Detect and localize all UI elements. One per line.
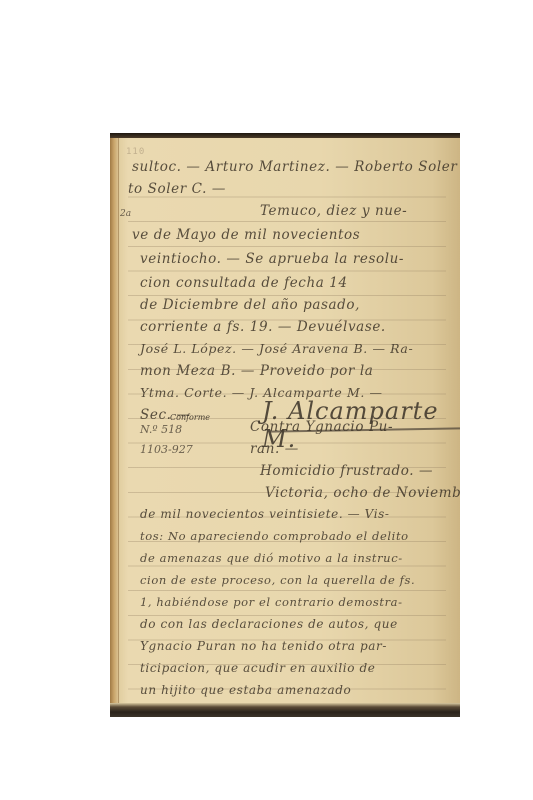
margin-label: 2a [120,209,131,219]
case-date: 1103-927 [140,443,193,456]
handwritten-line: tos: No apareciendo comprobado el delito [140,529,409,543]
handwritten-line: do con las declaraciones de autos, que [140,617,398,631]
handwritten-line: Contra Ygnacio Pu- [250,419,393,435]
handwritten-line: ran. — [250,441,299,457]
handwritten-line: corriente a fs. 19. — Devuélvase. [140,319,386,335]
handwritten-line: veintiocho. — Se aprueba la resolu- [140,251,404,267]
handwritten-line: ticipacion, que acudir en auxilio de [140,661,375,675]
handwritten-line: de mil novecientos veintisiete. — Vis- [140,507,390,521]
page-top-edge [110,133,460,138]
handwritten-line: de Diciembre del año pasado, [140,297,360,313]
handwritten-line: de amenazas que dió motivo a la instruc- [140,551,403,565]
page-number: 110 [126,147,145,157]
ledger-page: 110 sultoc. — Arturo Martinez. — Roberto… [110,133,460,717]
conforme-note: Conforme [170,413,210,422]
handwritten-line: 1, habiéndose por el contrario demostra- [140,595,403,609]
handwritten-line: cion consultada de fecha 14 [140,275,348,291]
handwritten-line: cion de este proceso, con la querella de… [140,573,415,587]
handwritten-line: to Soler C. — [128,181,226,197]
handwritten-line: Homicidio frustrado. — [260,463,433,479]
page-margin-line [118,138,119,703]
handwritten-line: sultoc. — Arturo Martinez. — Roberto Sol… [132,159,460,175]
handwritten-line: un hijito que estaba amenazado [140,683,351,697]
page-bottom-edge [110,703,460,717]
handwritten-line: ve de Mayo de mil novecientos [132,227,360,243]
handwritten-line: Temuco, diez y nue- [260,203,407,219]
handwritten-line: Ygnacio Puran no ha tenido otra par- [140,639,387,653]
handwritten-line: mon Meza B. — Proveido por la [140,363,373,379]
case-number: N.º 518 [140,423,182,436]
handwritten-line: Victoria, ocho de Noviembre [265,485,460,501]
handwritten-line: José L. López. — José Aravena B. — Ra- [140,341,413,356]
